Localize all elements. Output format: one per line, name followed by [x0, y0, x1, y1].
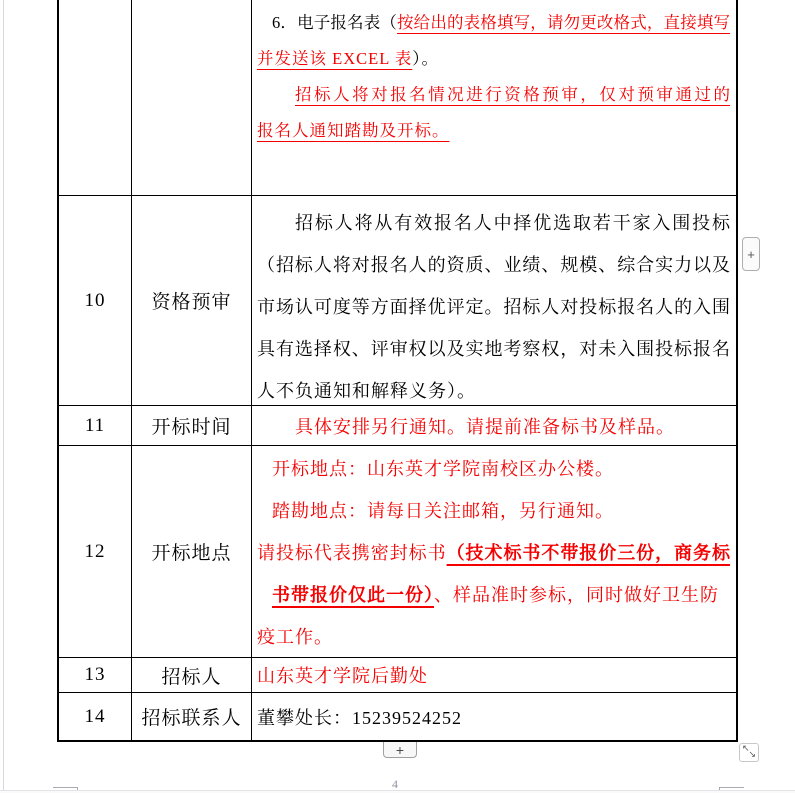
row-content-cell[interactable]: 招标人将从有效报名人中择优选取若干家入围投标（招标人将对报名人的资质、业绩、规模…: [251, 195, 736, 405]
text-run: 山东英才学院后勤处: [257, 666, 428, 686]
row-label-cell[interactable]: 招标人: [131, 657, 251, 692]
text-line: 书带报价仅此一份）、样品准时参标，同时做好卫生防: [257, 574, 730, 616]
table-resize-handle[interactable]: ↖ ↘: [739, 743, 759, 762]
text-run: 市场认可度等方面择优评定。招标人对投标报名人的入围: [257, 297, 730, 317]
row-content-cell[interactable]: 山东英才学院后勤处: [251, 657, 736, 692]
page-left-edge-line: [3, 0, 4, 790]
text-run: 按给出的表格填写，请勿更改格式，直接填写: [397, 13, 730, 32]
text-run: 人不负通知和解释义务）。: [257, 381, 476, 401]
text-line: 踏勘地点：请每日关注邮箱，另行通知。: [257, 490, 730, 532]
text-run: 6．电子报名表（: [272, 13, 397, 32]
text-run: 开标地点：山东英才学院南校区办公楼。: [272, 459, 614, 479]
text-run: 并发送该 EXCEL 表: [257, 49, 412, 68]
text-run: 具有选择权、评审权以及实地考察权，对未入围投标报名: [257, 339, 730, 359]
text-run: 招标人将对报名情况进行资格预审，仅对预审通过的: [295, 85, 730, 104]
text-run: 书带报价仅此一份）: [272, 585, 434, 605]
row-label-cell[interactable]: [131, 0, 251, 195]
row-number-cell[interactable]: [59, 0, 131, 195]
text-line: 山东英才学院后勤处: [257, 662, 428, 688]
text-run: 、样品准时参标，同时做好卫生防: [434, 585, 719, 605]
row-label-cell[interactable]: 招标联系人: [131, 692, 251, 740]
text-run: 请投标代表携密封标书: [257, 543, 447, 563]
text-run: 踏勘地点：请每日关注邮箱，另行通知。: [272, 501, 614, 521]
text-line: 疫工作。: [257, 616, 730, 657]
text-run: 报名人通知踏勘及开标。: [257, 121, 450, 140]
text-line: 董攀处长：15239524252: [257, 704, 462, 730]
row-content-cell[interactable]: 开标地点：山东英才学院南校区办公楼。踏勘地点：请每日关注邮箱，另行通知。请投标代…: [251, 445, 736, 657]
text-run: （招标人将对报名人的资质、业绩、规模、综合实力以及: [257, 255, 730, 275]
text-line: 报名人通知踏勘及开标。: [257, 113, 730, 149]
text-run: 董攀处长：15239524252: [257, 708, 462, 728]
row-number-cell[interactable]: 10: [59, 195, 131, 405]
add-column-button[interactable]: +: [742, 237, 760, 271]
text-line: 开标地点：山东英才学院南校区办公楼。: [257, 448, 730, 490]
plus-icon: +: [747, 248, 755, 261]
text-run: 疫工作。: [257, 627, 333, 647]
text-run: 具体安排另行通知。请提前准备标书及样品。: [295, 417, 675, 437]
row-number-cell[interactable]: 11: [59, 405, 131, 445]
text-line: 并发送该 EXCEL 表）。: [257, 41, 730, 77]
row-content-cell[interactable]: 具体安排另行通知。请提前准备标书及样品。: [251, 405, 736, 445]
add-row-button[interactable]: +: [383, 742, 417, 758]
text-line: 请投标代表携密封标书（技术标书不带报价三份，商务标: [257, 532, 730, 574]
text-line: 市场认可度等方面择优评定。招标人对投标报名人的入围: [257, 286, 730, 328]
text-run: 招标人将从有效报名人中择优选取若干家入围投标: [295, 213, 730, 233]
text-line: 具体安排另行通知。请提前准备标书及样品。: [257, 413, 675, 439]
text-line: 招标人将对报名情况进行资格预审，仅对预审通过的: [257, 77, 730, 113]
row-number-cell[interactable]: 12: [59, 445, 131, 657]
text-run: ）。: [412, 49, 439, 68]
text-line: 具有选择权、评审权以及实地考察权，对未入围投标报名: [257, 328, 730, 370]
plus-icon: +: [396, 743, 404, 757]
row-label-cell[interactable]: 开标时间: [131, 405, 251, 445]
row-label-cell[interactable]: 资格预审: [131, 195, 251, 405]
row-content-cell[interactable]: 董攀处长：15239524252: [251, 692, 736, 740]
text-line: 人不负通知和解释义务）。: [257, 370, 730, 405]
text-run: （技术标书不带报价三份，商务标: [447, 543, 730, 563]
text-line: 6．电子报名表（按给出的表格填写，请勿更改格式，直接填写: [257, 5, 730, 41]
row-label-cell[interactable]: 开标地点: [131, 445, 251, 657]
row-number-cell[interactable]: 14: [59, 692, 131, 740]
row-number-cell[interactable]: 13: [59, 657, 131, 692]
text-line: 招标人将从有效报名人中择优选取若干家入围投标: [257, 202, 730, 244]
arrow-down-right-icon: ↘: [748, 751, 756, 760]
row-content-cell[interactable]: 6．电子报名表（按给出的表格填写，请勿更改格式，直接填写并发送该 EXCEL 表…: [251, 0, 736, 195]
text-line: （招标人将对报名人的资质、业绩、规模、综合实力以及: [257, 244, 730, 286]
bid-table: 6．电子报名表（按给出的表格填写，请勿更改格式，直接填写并发送该 EXCEL 表…: [57, 0, 738, 742]
page-number-footer: 4: [392, 777, 398, 790]
